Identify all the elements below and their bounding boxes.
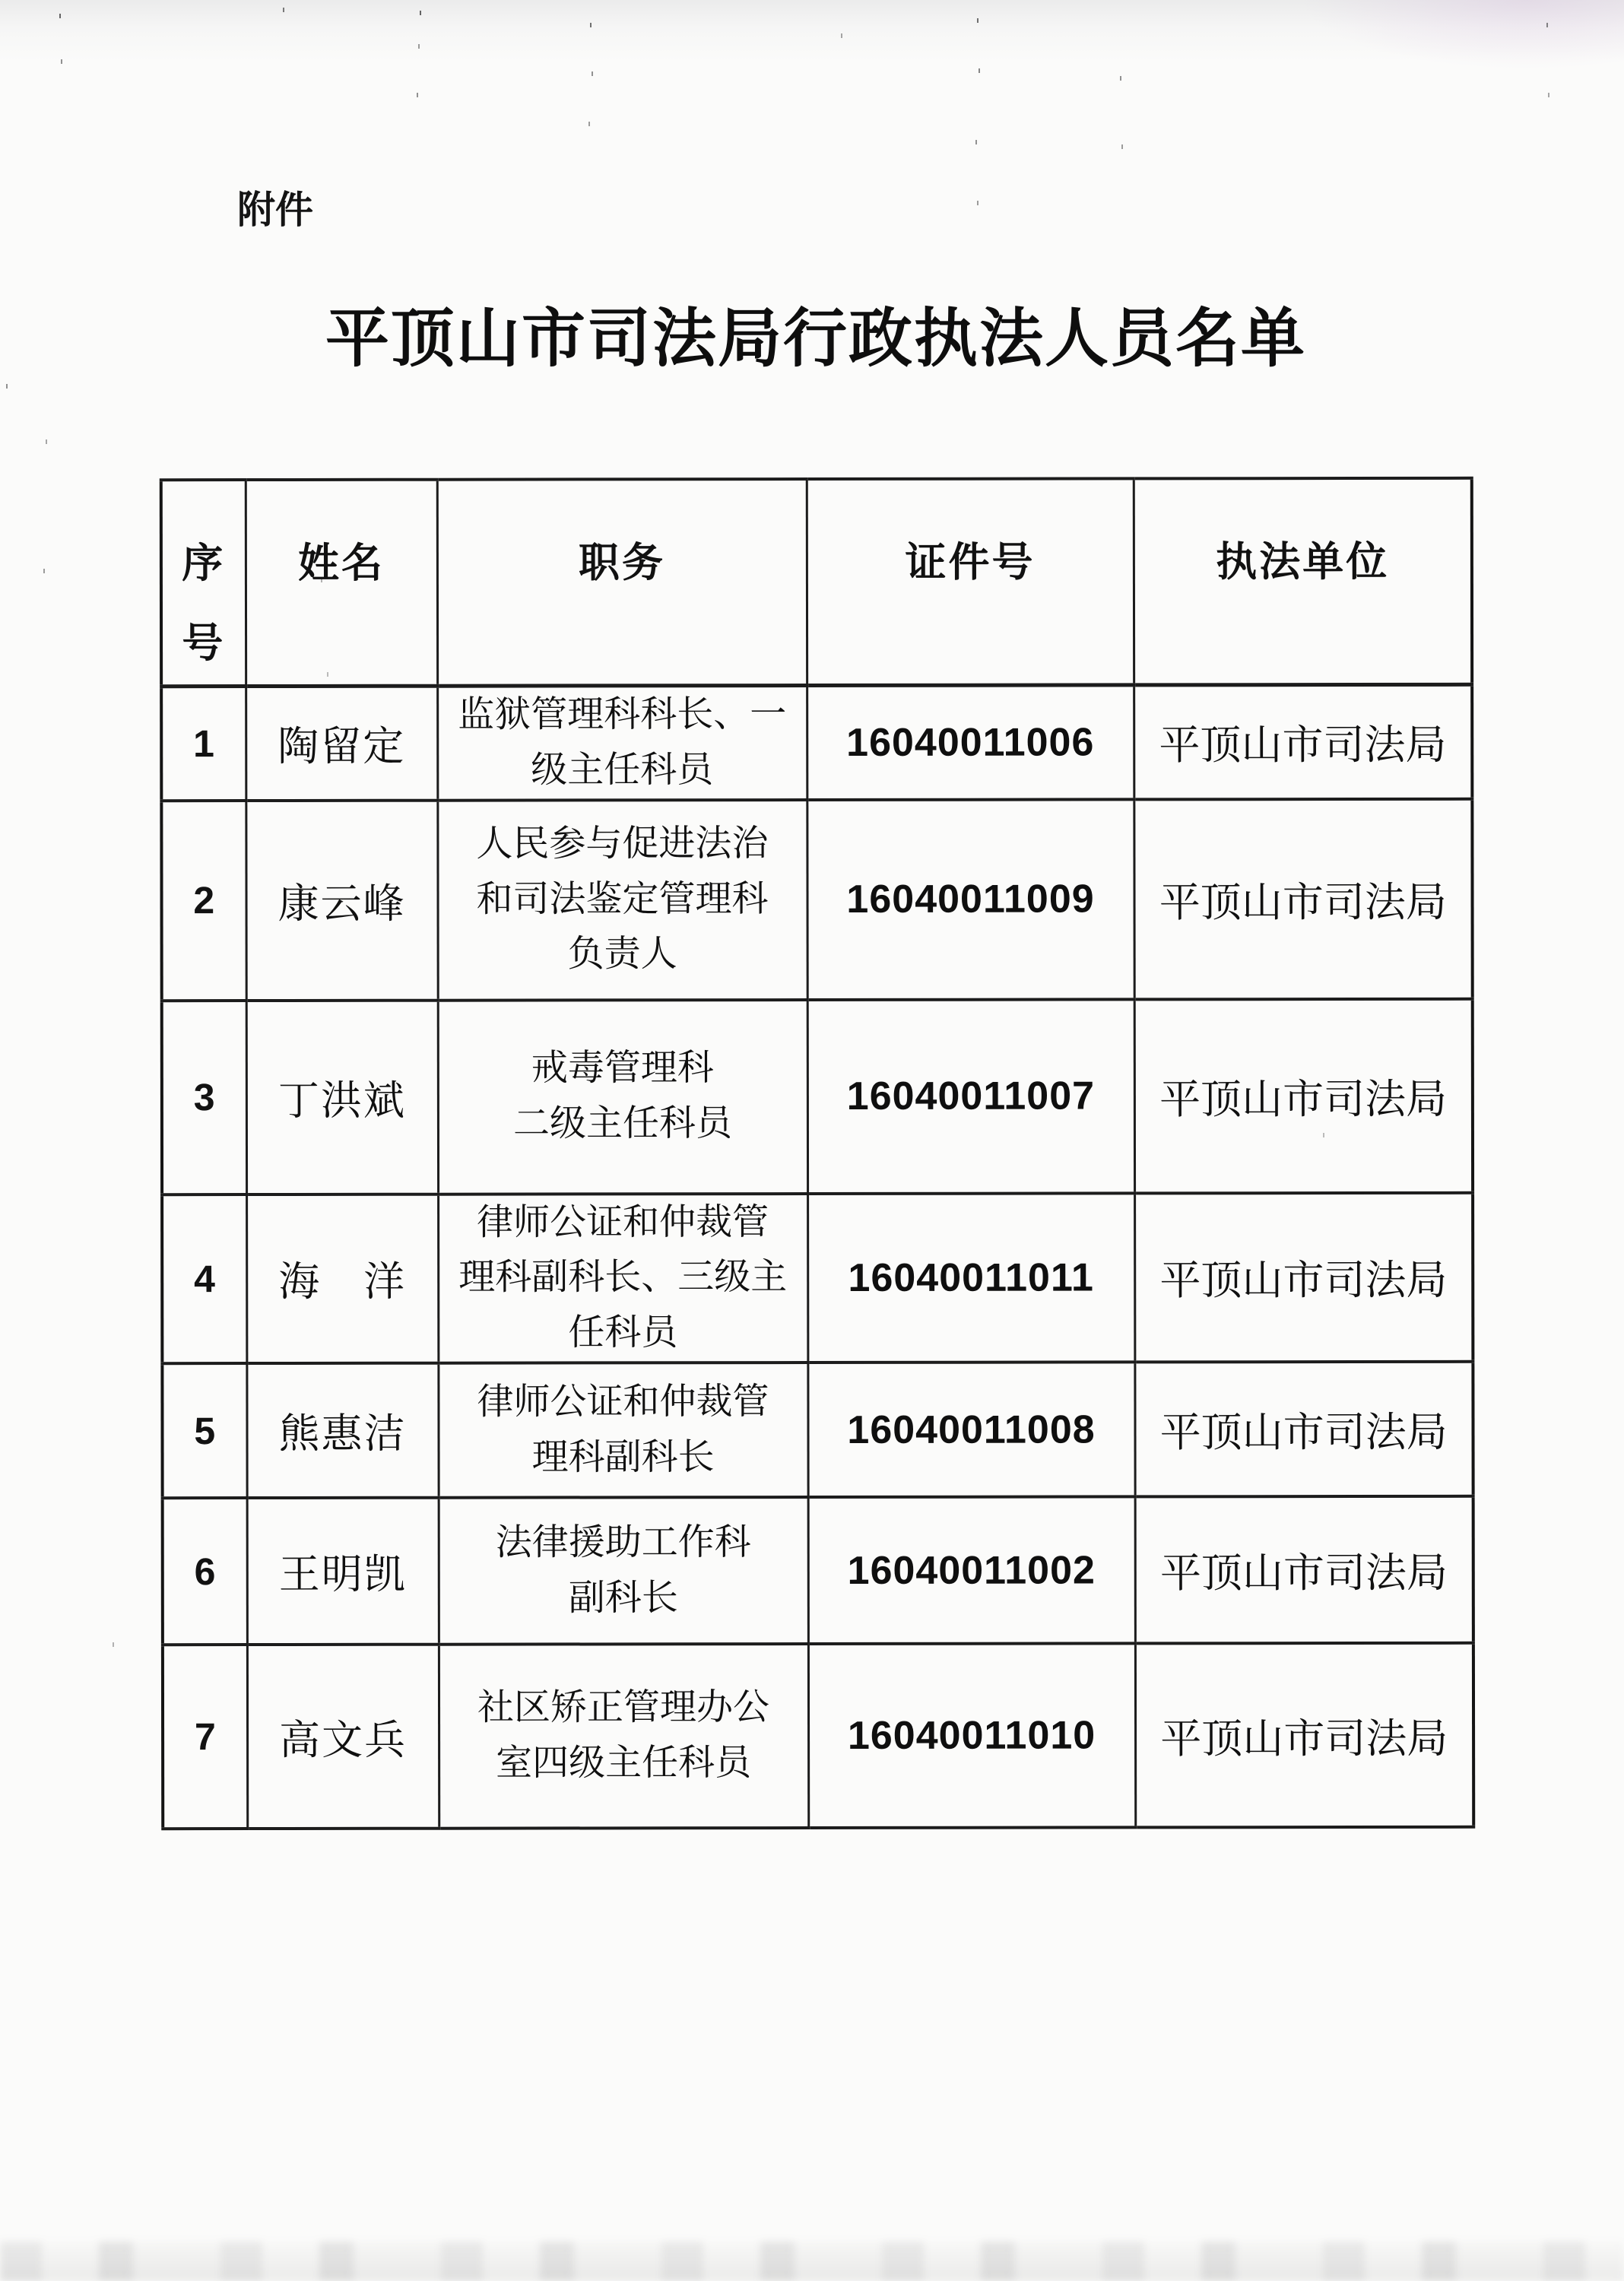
cell-unit: 平顶山市司法局 xyxy=(1135,1496,1473,1644)
table-header-row: 序号 姓名 职务 证件号 执法单位 xyxy=(161,478,1472,687)
cell-name: 康云峰 xyxy=(246,800,437,1000)
cell-serial: 1 xyxy=(161,686,246,801)
cell-position: 社区矫正管理办公 室四级主任科员 xyxy=(439,1644,808,1829)
cell-name: 高文兵 xyxy=(247,1645,439,1829)
cell-serial: 6 xyxy=(163,1498,247,1645)
cell-certificate-number: 16040011006 xyxy=(807,685,1134,800)
cell-position: 法律援助工作科 副科长 xyxy=(439,1497,808,1645)
document-title: 平顶山市司法局行政执法人员名单 xyxy=(160,287,1471,379)
scan-artifact-top-band xyxy=(0,0,1624,68)
cell-certificate-number: 16040011008 xyxy=(807,1363,1134,1498)
table-row: 7 高文兵 社区矫正管理办公 室四级主任科员 16040011010 平顶山市司… xyxy=(163,1643,1473,1829)
cell-certificate-number: 16040011002 xyxy=(808,1497,1135,1645)
cell-certificate-number: 16040011010 xyxy=(808,1644,1135,1829)
cell-serial: 7 xyxy=(163,1645,247,1829)
cell-certificate-number: 16040011009 xyxy=(807,799,1134,1000)
attachment-label: 附件 xyxy=(237,187,313,233)
cell-certificate-number: 16040011011 xyxy=(807,1193,1134,1363)
table-row: 4 海 洋 律师公证和仲裁管 理科副科长、三级主 任科员 16040011011… xyxy=(162,1192,1473,1363)
cell-unit: 平顶山市司法局 xyxy=(1135,1643,1473,1828)
table-row: 2 康云峰 人民参与促进法治 和司法鉴定管理科 负责人 16040011009 … xyxy=(161,798,1472,1000)
cell-position: 监狱管理科科长、一 级主任科员 xyxy=(437,685,807,800)
cell-certificate-number: 16040011007 xyxy=(807,999,1134,1194)
cell-name: 丁洪斌 xyxy=(246,1000,438,1194)
cell-unit: 平顶山市司法局 xyxy=(1134,1362,1473,1497)
cell-name: 王明凯 xyxy=(247,1498,439,1645)
cell-name: 熊惠洁 xyxy=(246,1363,438,1498)
header-position: 职务 xyxy=(437,479,807,686)
cell-name: 海 洋 xyxy=(246,1194,438,1363)
cell-serial: 4 xyxy=(162,1194,246,1364)
cell-unit: 平顶山市司法局 xyxy=(1134,998,1473,1193)
scan-noise-specks xyxy=(0,0,2,5)
header-enforcement-unit: 执法单位 xyxy=(1134,478,1472,685)
header-certificate-number: 证件号 xyxy=(807,478,1134,685)
cell-position: 戒毒管理科 二级主任科员 xyxy=(438,1000,807,1194)
table-row: 1 陶留定 监狱管理科科长、一 级主任科员 16040011006 平顶山市司法… xyxy=(161,684,1472,801)
table-row: 5 熊惠洁 律师公证和仲裁管 理科副科长 16040011008 平顶山市司法局 xyxy=(162,1362,1473,1498)
cell-position: 律师公证和仲裁管 理科副科长 xyxy=(438,1363,807,1498)
cell-name: 陶留定 xyxy=(246,686,437,801)
cell-unit: 平顶山市司法局 xyxy=(1134,798,1472,999)
scanned-document-page: 附件 平顶山市司法局行政执法人员名单 序号 姓名 职务 证件号 执法单位 1 陶… xyxy=(0,0,1624,2281)
cell-serial: 3 xyxy=(162,1001,246,1194)
personnel-table: 序号 姓名 职务 证件号 执法单位 1 陶留定 监狱管理科科长、一 级主任科员 … xyxy=(160,477,1475,1831)
header-serial-number: 序号 xyxy=(161,480,246,686)
table-row: 6 王明凯 法律援助工作科 副科长 16040011002 平顶山市司法局 xyxy=(163,1496,1473,1645)
cell-unit: 平顶山市司法局 xyxy=(1134,684,1472,799)
cell-unit: 平顶山市司法局 xyxy=(1134,1192,1473,1362)
cell-serial: 5 xyxy=(162,1363,246,1498)
table-row: 3 丁洪斌 戒毒管理科 二级主任科员 16040011007 平顶山市司法局 xyxy=(162,998,1473,1194)
header-name: 姓名 xyxy=(246,480,437,686)
cell-serial: 2 xyxy=(161,801,246,1001)
scan-artifact-bottom-band xyxy=(0,2241,1624,2281)
cell-position: 人民参与促进法治 和司法鉴定管理科 负责人 xyxy=(437,800,807,1001)
cell-position: 律师公证和仲裁管 理科副科长、三级主 任科员 xyxy=(438,1194,807,1364)
